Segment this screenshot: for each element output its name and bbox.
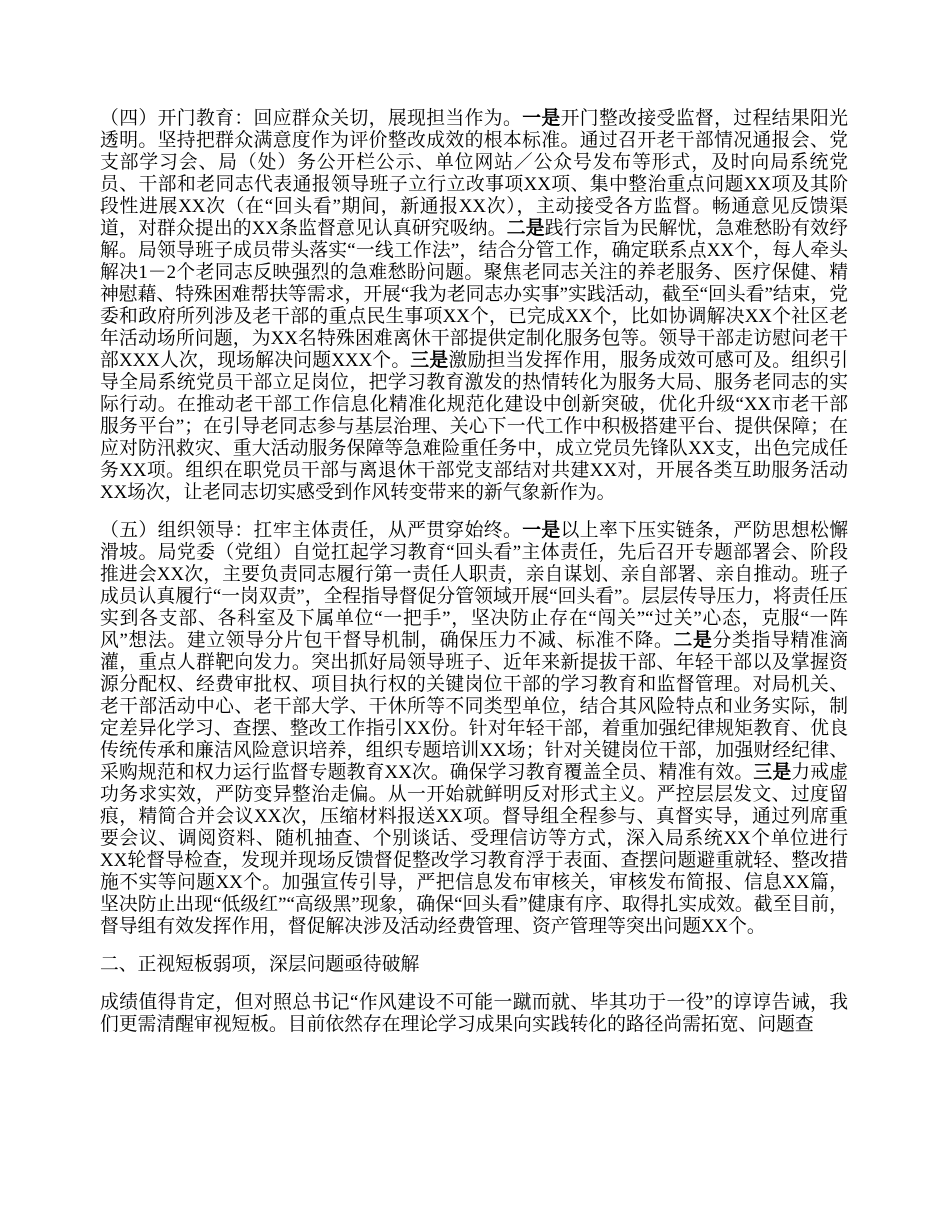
text-run: 践行宗旨为民解忧，急难愁盼有效纾解。局领导班子成员带头落实“一线工作法”，结合分… — [100, 218, 848, 371]
bold-text-run: 三是 — [410, 350, 448, 371]
text-run: （四）开门教育：回应群众关切，展现担当作为。 — [100, 108, 522, 129]
text-run: 成绩值得肯定，但对照总书记“作风建设不可能一蹴而就、毕其功于一役”的谆谆告诫，我… — [100, 992, 848, 1035]
bold-text-run: 二是 — [674, 630, 713, 651]
bold-text-run: 一是 — [522, 520, 560, 541]
text-run: （五）组织领导：扛牢主体责任，从严贯穿始终。 — [100, 520, 522, 541]
paragraph: （四）开门教育：回应群众关切，展现担当作为。一是开门整改接受监督，过程结果阳光透… — [100, 108, 848, 504]
text-run: 二、正视短板弱项，深层问题亟待破解 — [100, 954, 419, 975]
text-run: 分类指导精准滴灌，重点人群靶向发力。突出抓好局领导班子、近年来新提拔干部、年轻干… — [100, 630, 848, 783]
bold-text-run: 三是 — [753, 762, 791, 783]
document-page: （四）开门教育：回应群众关切，展现担当作为。一是开门整改接受监督，过程结果阳光透… — [0, 0, 950, 1230]
document-body: （四）开门教育：回应群众关切，展现担当作为。一是开门整改接受监督，过程结果阳光透… — [100, 108, 848, 1036]
text-run: 力戒虚功务求实效，严防变异整治走偏。从一开始就鲜明反对形式主义。严控层层发文、过… — [100, 762, 848, 937]
paragraph: （五）组织领导：扛牢主体责任，从严贯穿始终。一是以上率下压实链条，严防思想松懈滑… — [100, 520, 848, 938]
bold-text-run: 二是 — [507, 218, 545, 239]
text-run: 激励担当发挥作用，服务成效可感可及。组织引导全局系统党员干部立足岗位，把学习教育… — [100, 350, 848, 503]
paragraph: 成绩值得肯定，但对照总书记“作风建设不可能一蹴而就、毕其功于一役”的谆谆告诫，我… — [100, 992, 848, 1036]
bold-text-run: 一是 — [522, 108, 560, 129]
section-heading: 二、正视短板弱项，深层问题亟待破解 — [100, 954, 848, 976]
